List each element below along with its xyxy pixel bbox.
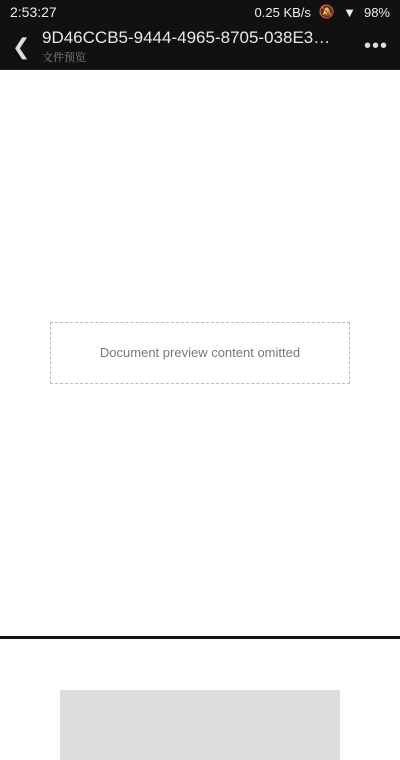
page-divider (0, 636, 400, 639)
network-speed: 0.25 KB/s (255, 5, 311, 20)
file-subtitle: 文件预览 (42, 49, 364, 65)
wifi-icon: ▼ (343, 5, 356, 20)
content-placeholder: Document preview content omitted (50, 322, 350, 384)
document-viewer[interactable]: Document preview content omitted (0, 70, 400, 760)
clock: 2:53:27 (10, 4, 57, 20)
back-icon[interactable]: ❮ (12, 34, 38, 60)
image-placeholder (60, 690, 340, 760)
battery-level: 98% (364, 5, 390, 20)
status-bar: 2:53:27 0.25 KB/s 🔕 ▼ 98% (0, 0, 400, 24)
app-header: ❮ 9D46CCB5-9444-4965-8705-038E3… 文件预览 ••… (0, 24, 400, 70)
mute-icon: 🔕 (319, 4, 335, 20)
document-page: Document preview content omitted (0, 70, 400, 636)
more-options-icon[interactable]: ••• (364, 35, 388, 58)
file-title: 9D46CCB5-9444-4965-8705-038E3… (42, 28, 364, 48)
